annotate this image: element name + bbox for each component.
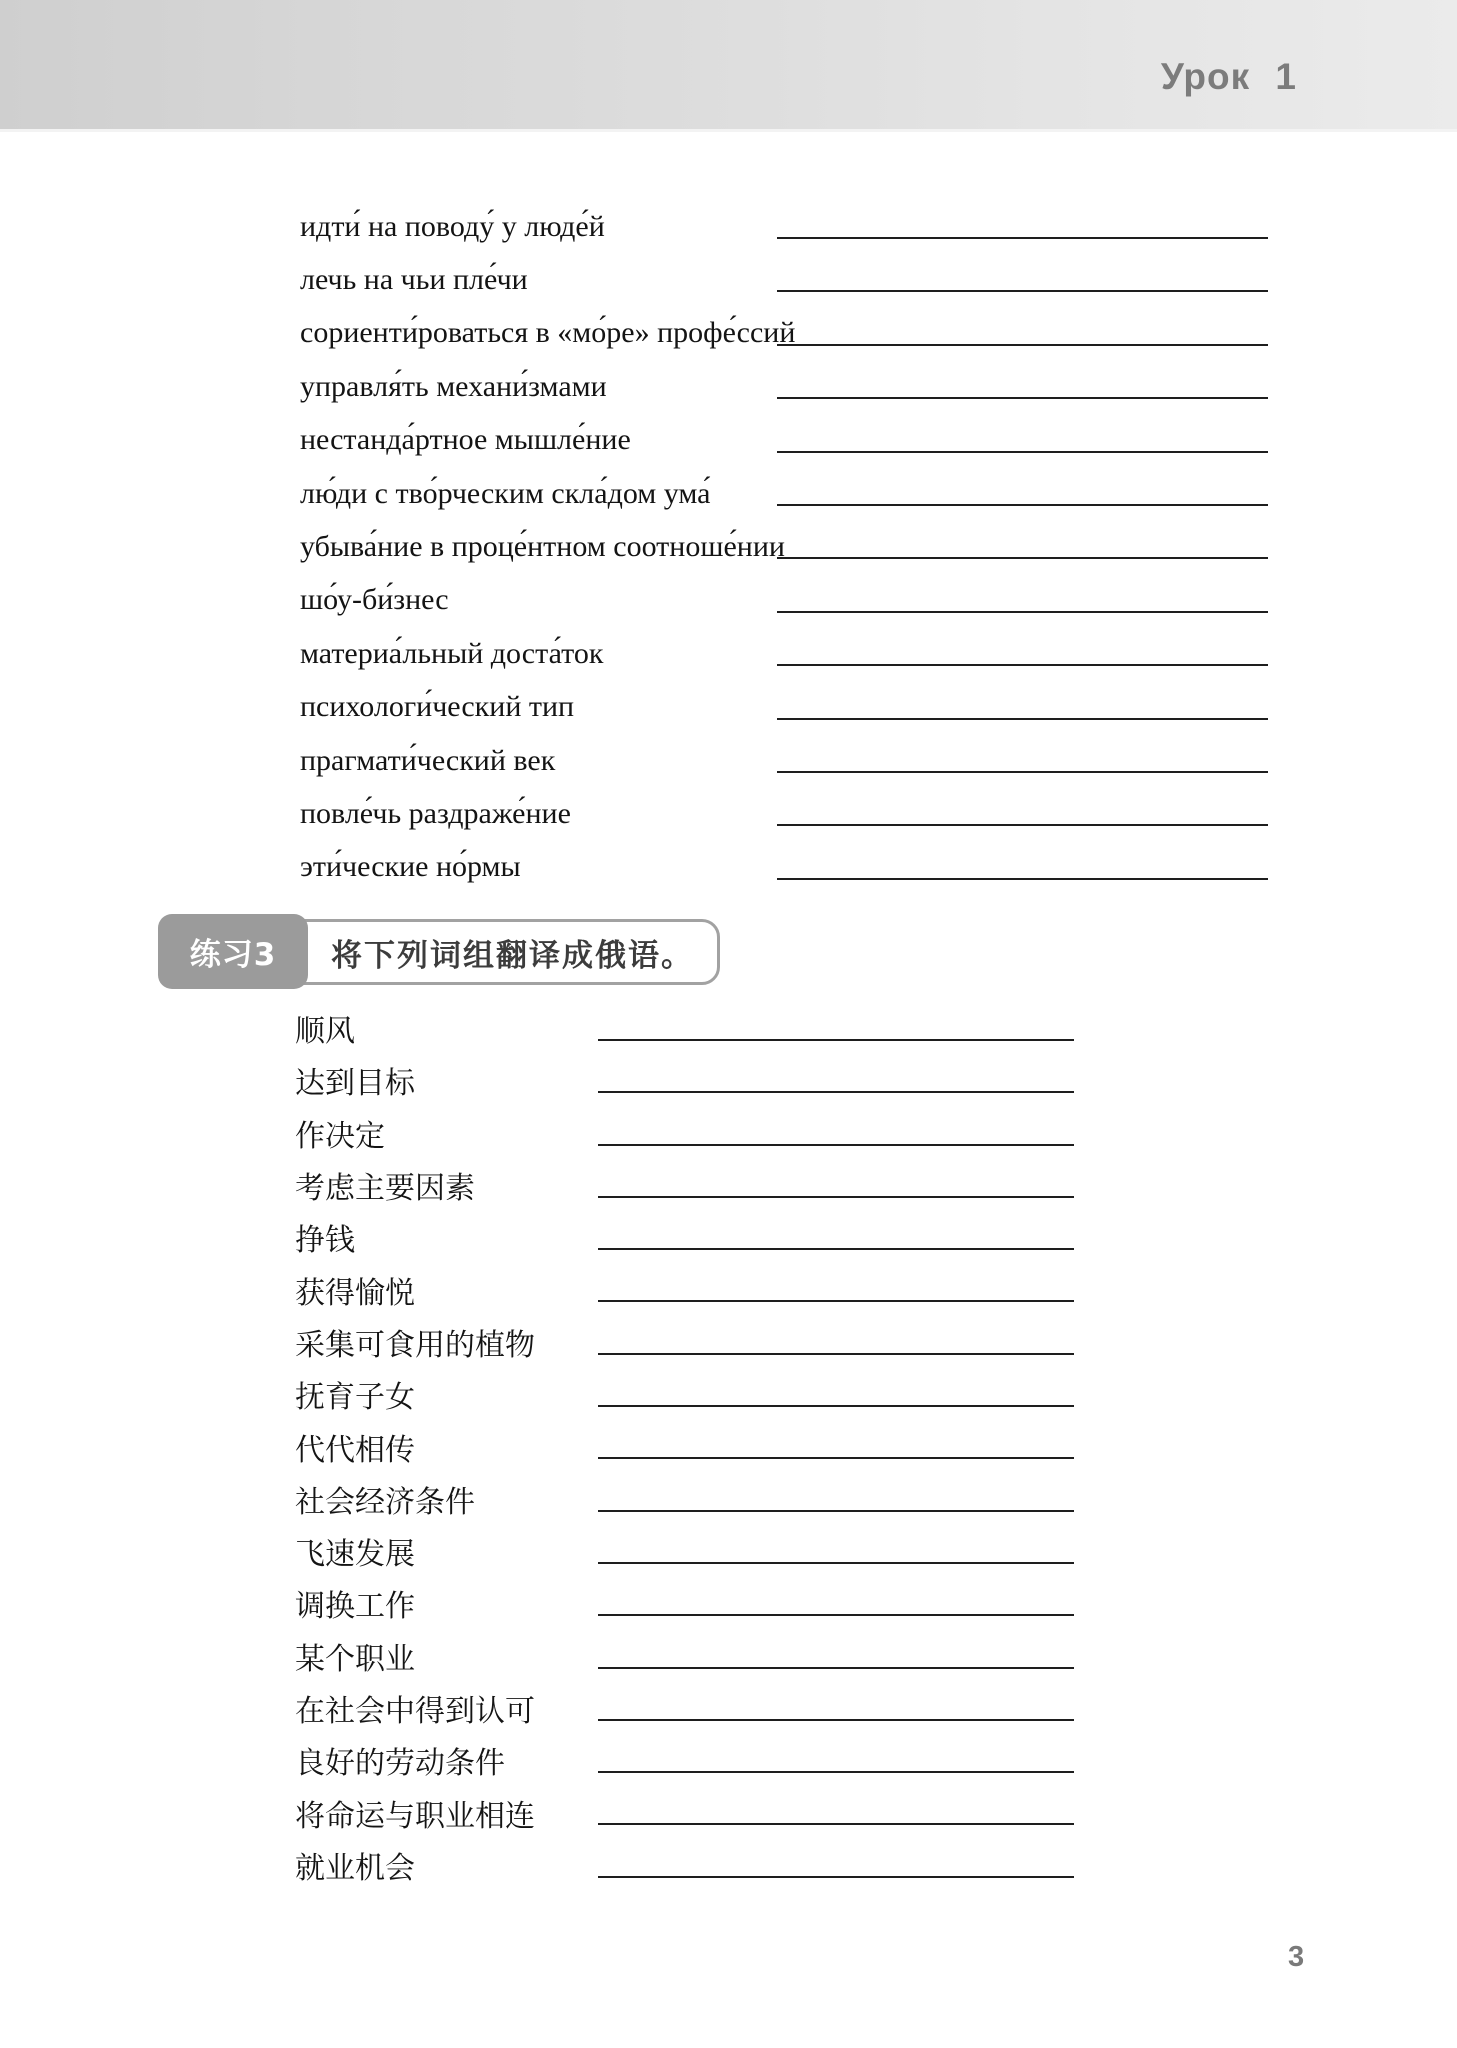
answer-blank xyxy=(777,611,1268,613)
answer-blank xyxy=(598,1614,1074,1616)
russian-phrase: прагмати́ческий век xyxy=(300,734,555,787)
russian-phrase: лю́ди с тво́рческим скла́дом ума́ xyxy=(300,467,710,520)
answer-blank xyxy=(598,1510,1074,1512)
chinese-phrase: 抚育子女 xyxy=(295,1368,415,1420)
answer-blank xyxy=(777,237,1268,239)
phrase-row: 考虑主要因素 xyxy=(0,1159,1457,1211)
answer-blank xyxy=(598,1771,1074,1773)
answer-blank xyxy=(598,1039,1074,1041)
answer-blank xyxy=(777,397,1268,399)
vocab-row: материа́льный доста́ток xyxy=(0,627,1457,680)
russian-phrase: управля́ть механи́змами xyxy=(300,360,607,413)
chinese-phrase: 获得愉悦 xyxy=(295,1263,415,1315)
phrase-row: 达到目标 xyxy=(0,1054,1457,1106)
answer-blank xyxy=(777,344,1268,346)
answer-blank xyxy=(598,1405,1074,1407)
russian-phrase: убыва́ние в проце́нтном соотноше́нии xyxy=(300,520,785,573)
russian-phrase: эти́ческие но́рмы xyxy=(300,841,521,894)
russian-phrase: идти́ на поводу́ у люде́й xyxy=(300,200,605,253)
answer-blank xyxy=(777,557,1268,559)
workbook-page: Урок 1 идти́ на поводу́ у люде́й лечь на… xyxy=(0,0,1457,2048)
chinese-phrase: 作决定 xyxy=(295,1107,385,1159)
page-header-bar: Урок 1 xyxy=(0,0,1457,132)
vocab-row: лю́ди с тво́рческим скла́дом ума́ xyxy=(0,467,1457,520)
vocab-row: сориенти́роваться в «мо́ре» профе́ссий xyxy=(0,307,1457,360)
vocab-row: убыва́ние в проце́нтном соотноше́нии xyxy=(0,520,1457,573)
chinese-phrase: 良好的劳动条件 xyxy=(295,1734,505,1786)
answer-blank xyxy=(598,1353,1074,1355)
answer-blank xyxy=(777,504,1268,506)
phrase-row: 抚育子女 xyxy=(0,1368,1457,1420)
vocab-row: шо́у-би́знес xyxy=(0,574,1457,627)
answer-blank xyxy=(598,1144,1074,1146)
chinese-phrase: 挣钱 xyxy=(295,1211,355,1263)
lesson-title: Урок 1 xyxy=(1161,56,1297,98)
answer-blank xyxy=(777,771,1268,773)
answer-blank xyxy=(777,664,1268,666)
chinese-phrase: 考虑主要因素 xyxy=(295,1159,475,1211)
vocab-row: прагмати́ческий век xyxy=(0,734,1457,787)
phrase-row: 某个职业 xyxy=(0,1630,1457,1682)
vocab-row: лечь на чьи пле́чи xyxy=(0,253,1457,306)
exercise-header: 将下列词组翻译成俄语。 练习3 xyxy=(0,914,1457,994)
answer-blank xyxy=(598,1091,1074,1093)
answer-blank xyxy=(598,1457,1074,1459)
chinese-phrase: 将命运与职业相连 xyxy=(295,1786,535,1838)
russian-phrase: сориенти́роваться в «мо́ре» профе́ссий xyxy=(300,307,795,360)
chinese-phrase: 采集可食用的植物 xyxy=(295,1316,535,1368)
answer-blank xyxy=(598,1667,1074,1669)
russian-phrase: шо́у-би́знес xyxy=(300,574,449,627)
exercise-instruction: 将下列词组翻译成俄语。 xyxy=(331,930,694,975)
russian-phrase: нестанда́ртное мышле́ние xyxy=(300,414,631,467)
vocab-row: психологи́ческий тип xyxy=(0,681,1457,734)
russian-phrase: повле́чь раздраже́ние xyxy=(300,787,571,840)
chinese-phrase: 飞速发展 xyxy=(295,1525,415,1577)
phrase-row: 调换工作 xyxy=(0,1577,1457,1629)
phrase-row: 就业机会 xyxy=(0,1839,1457,1891)
phrase-row: 飞速发展 xyxy=(0,1525,1457,1577)
answer-blank xyxy=(598,1823,1074,1825)
phrase-row: 顺风 xyxy=(0,1002,1457,1054)
chinese-phrase: 代代相传 xyxy=(295,1420,415,1472)
chinese-phrase: 社会经济条件 xyxy=(295,1473,475,1525)
chinese-phrase: 在社会中得到认可 xyxy=(295,1682,535,1734)
russian-phrase: психологи́ческий тип xyxy=(300,681,574,734)
phrase-row: 作决定 xyxy=(0,1107,1457,1159)
answer-blank xyxy=(777,878,1268,880)
exercise-badge: 练习3 xyxy=(158,914,308,989)
chinese-phrase: 某个职业 xyxy=(295,1630,415,1682)
answer-blank xyxy=(598,1876,1074,1878)
phrase-row: 在社会中得到认可 xyxy=(0,1682,1457,1734)
answer-blank xyxy=(598,1300,1074,1302)
chinese-phrase: 顺风 xyxy=(295,1002,355,1054)
phrase-row: 获得愉悦 xyxy=(0,1263,1457,1315)
chinese-phrase-list: 顺风 达到目标 作决定 考虑主要因素 挣钱 获得愉悦 采集可食用的植物 抚育子女… xyxy=(0,1002,1457,1891)
answer-blank xyxy=(777,451,1268,453)
chinese-phrase: 就业机会 xyxy=(295,1839,415,1891)
vocab-row: эти́ческие но́рмы xyxy=(0,841,1457,894)
exercise-badge-label: 练习3 xyxy=(190,929,277,974)
exercise-instruction-box: 将下列词组翻译成俄语。 xyxy=(282,919,720,985)
phrase-row: 社会经济条件 xyxy=(0,1473,1457,1525)
vocab-row: идти́ на поводу́ у люде́й xyxy=(0,200,1457,253)
chinese-phrase: 达到目标 xyxy=(295,1054,415,1106)
answer-blank xyxy=(777,718,1268,720)
page-number: 3 xyxy=(1288,1941,1304,1974)
answer-blank xyxy=(777,824,1268,826)
answer-blank xyxy=(598,1562,1074,1564)
phrase-row: 良好的劳动条件 xyxy=(0,1734,1457,1786)
phrase-row: 代代相传 xyxy=(0,1420,1457,1472)
chinese-phrase: 调换工作 xyxy=(295,1577,415,1629)
phrase-row: 挣钱 xyxy=(0,1211,1457,1263)
answer-blank xyxy=(598,1248,1074,1250)
phrase-row: 采集可食用的植物 xyxy=(0,1316,1457,1368)
vocab-row: управля́ть механи́змами xyxy=(0,360,1457,413)
russian-phrase: лечь на чьи пле́чи xyxy=(300,253,528,306)
answer-blank xyxy=(777,290,1268,292)
vocab-row: повле́чь раздраже́ние xyxy=(0,787,1457,840)
answer-blank xyxy=(598,1719,1074,1721)
answer-blank xyxy=(598,1196,1074,1198)
phrase-row: 将命运与职业相连 xyxy=(0,1786,1457,1838)
russian-vocab-list: идти́ на поводу́ у люде́й лечь на чьи пл… xyxy=(0,200,1457,894)
vocab-row: нестанда́ртное мышле́ние xyxy=(0,414,1457,467)
russian-phrase: материа́льный доста́ток xyxy=(300,627,603,680)
